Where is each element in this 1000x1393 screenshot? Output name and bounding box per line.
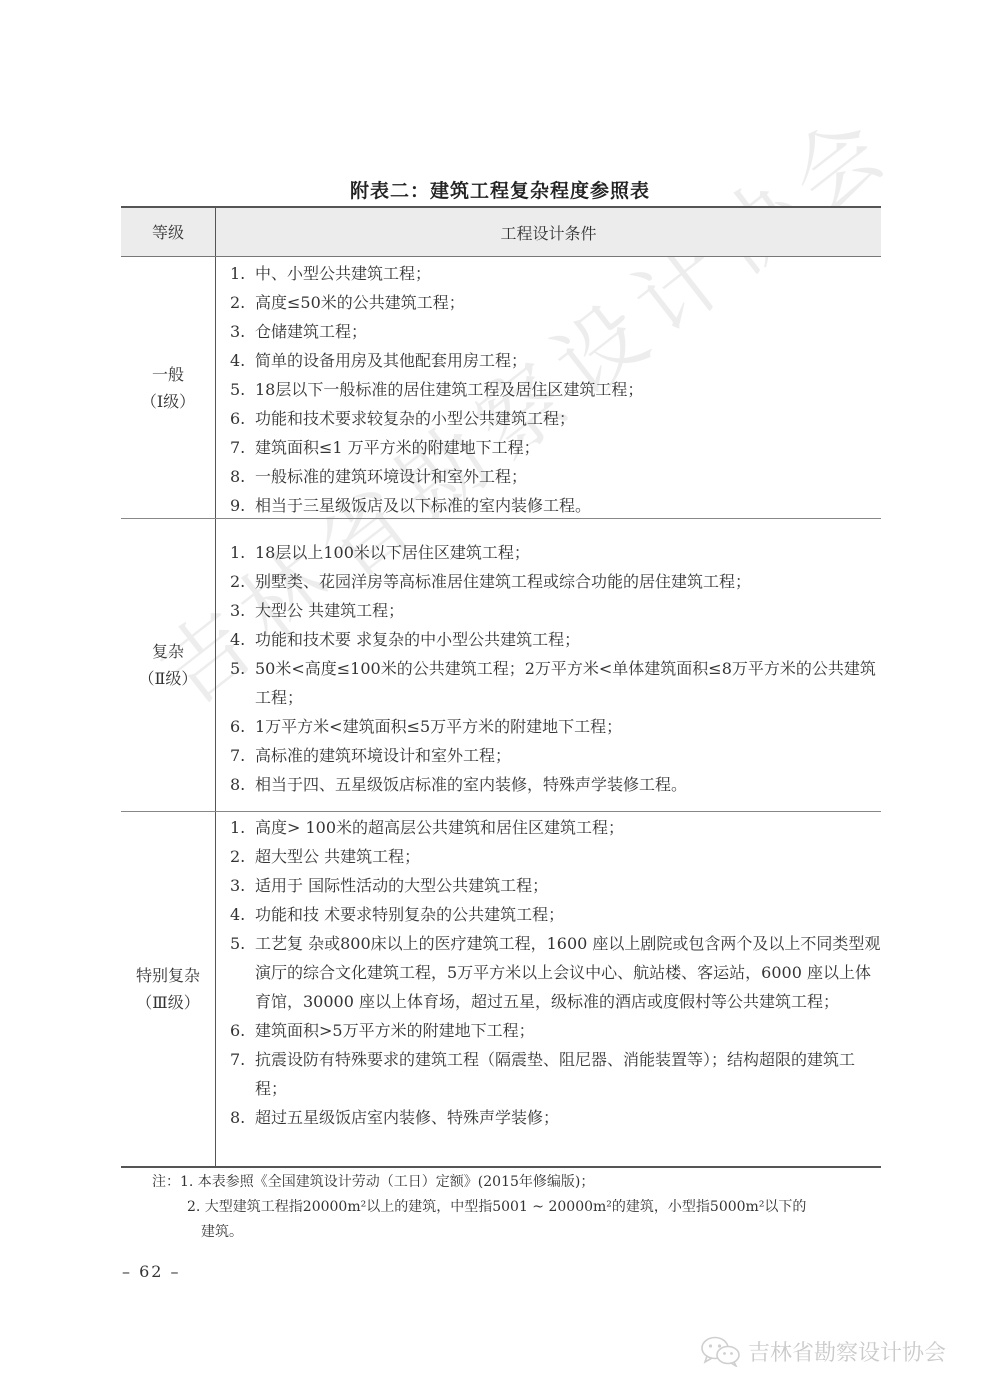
item-text: 工艺复 杂或800床以上的医疗建筑工程，1600 座以上剧院或包含两个及以上不同… xyxy=(255,934,880,1011)
level-name: 复杂 xyxy=(139,638,198,665)
item-number: 6. xyxy=(230,1016,245,1045)
note-line-1: 注：1. 本表参照《全国建筑设计劳动（工日）定额》(2015年修编版)； xyxy=(152,1170,872,1195)
condition-item: 4.功能和技 术要求特别复杂的公共建筑工程； xyxy=(230,900,881,929)
brand-footer: 吉林省勘察设计协会 xyxy=(700,1335,946,1367)
item-number: 5. xyxy=(230,929,245,958)
item-number: 3. xyxy=(230,596,245,625)
item-number: 3. xyxy=(230,871,245,900)
note-line-3: 建筑。 xyxy=(152,1220,872,1245)
item-text: 50米<高度≤100米的公共建筑工程；2万平方米<单体建筑面积≤8万平方米的公共… xyxy=(255,659,876,707)
brand-label: 吉林省勘察设计协会 xyxy=(748,1336,946,1367)
condition-item: 6.1万平方米<建筑面积≤5万平方米的附建地下工程； xyxy=(230,712,881,741)
condition-item: 1.18层以上100米以下居住区建筑工程； xyxy=(230,538,881,567)
item-number: 8. xyxy=(230,1103,245,1132)
condition-item: 8.超过五星级饭店室内装修、特殊声学装修； xyxy=(230,1103,881,1132)
item-text: 抗震设防有特殊要求的建筑工程（隔震垫、阻尼器、消能装置等）；结构超限的建筑工程； xyxy=(255,1050,855,1098)
level-grade: （Ⅲ级） xyxy=(136,989,200,1016)
item-number: 5. xyxy=(230,375,245,404)
item-text: 中、小型公共建筑工程； xyxy=(255,264,431,283)
conditions-list: 1.18层以上100米以下居住区建筑工程；2.别墅类、花园洋房等高标准居住建筑工… xyxy=(230,519,881,799)
level-cell: 一般 （Ⅰ级） xyxy=(121,257,216,518)
wechat-icon xyxy=(700,1335,742,1367)
table-row: 一般 （Ⅰ级） 1.中、小型公共建筑工程；2.高度≤50米的公共建筑工程；3.仓… xyxy=(121,257,881,519)
conditions-list: 1.高度> 100米的超高层公共建筑和居住区建筑工程；2.超大型公 共建筑工程；… xyxy=(230,812,881,1132)
item-number: 7. xyxy=(230,1045,245,1074)
item-text: 适用于 国际性活动的大型公共建筑工程； xyxy=(255,876,548,895)
page-number: – 62 – xyxy=(122,1262,181,1281)
item-text: 别墅类、花园洋房等高标准居住建筑工程或综合功能的居住建筑工程； xyxy=(255,572,751,591)
item-number: 6. xyxy=(230,404,245,433)
level-grade: （Ⅱ级） xyxy=(139,665,198,692)
condition-item: 7.高标准的建筑环境设计和室外工程； xyxy=(230,741,881,770)
conditions-cell: 1.中、小型公共建筑工程；2.高度≤50米的公共建筑工程；3.仓储建筑工程；4.… xyxy=(216,257,881,518)
item-text: 1万平方米<建筑面积≤5万平方米的附建地下工程； xyxy=(255,717,622,736)
item-text: 相当于三星级饭店及以下标准的室内装修工程。 xyxy=(255,496,591,515)
condition-item: 7.抗震设防有特殊要求的建筑工程（隔震垫、阻尼器、消能装置等）；结构超限的建筑工… xyxy=(230,1045,881,1103)
condition-item: 5.50米<高度≤100米的公共建筑工程；2万平方米<单体建筑面积≤8万平方米的… xyxy=(230,654,881,712)
condition-item: 8.相当于四、五星级饭店标准的室内装修，特殊声学装修工程。 xyxy=(230,770,881,799)
condition-item: 2.高度≤50米的公共建筑工程； xyxy=(230,288,881,317)
item-text: 一般标准的建筑环境设计和室外工程； xyxy=(255,467,527,486)
item-number: 1. xyxy=(230,538,245,567)
condition-item: 5.18层以下一般标准的居住建筑工程及居住区建筑工程； xyxy=(230,375,881,404)
condition-item: 7.建筑面积≤1 万平方米的附建地下工程； xyxy=(230,433,881,462)
item-number: 7. xyxy=(230,433,245,462)
level-name: 特别复杂 xyxy=(136,962,200,989)
condition-item: 4.简单的设备用房及其他配套用房工程； xyxy=(230,346,881,375)
item-text: 功能和技术要求较复杂的小型公共建筑工程； xyxy=(255,409,575,428)
item-number: 4. xyxy=(230,900,245,929)
condition-item: 3.大型公 共建筑工程； xyxy=(230,596,881,625)
condition-item: 2.超大型公 共建筑工程； xyxy=(230,842,881,871)
item-number: 1. xyxy=(230,813,245,842)
item-number: 8. xyxy=(230,462,245,491)
table-row: 复杂 （Ⅱ级） 1.18层以上100米以下居住区建筑工程；2.别墅类、花园洋房等… xyxy=(121,519,881,812)
condition-item: 6.功能和技术要求较复杂的小型公共建筑工程； xyxy=(230,404,881,433)
item-text: 高度≤50米的公共建筑工程； xyxy=(255,293,465,312)
condition-item: 9.相当于三星级饭店及以下标准的室内装修工程。 xyxy=(230,491,881,520)
condition-item: 1.高度> 100米的超高层公共建筑和居住区建筑工程； xyxy=(230,813,881,842)
item-text: 功能和技 术要求特别复杂的公共建筑工程； xyxy=(255,905,564,924)
table-row: 特别复杂 （Ⅲ级） 1.高度> 100米的超高层公共建筑和居住区建筑工程；2.超… xyxy=(121,812,881,1166)
conditions-list: 1.中、小型公共建筑工程；2.高度≤50米的公共建筑工程；3.仓储建筑工程；4.… xyxy=(230,257,881,520)
condition-item: 3.仓储建筑工程； xyxy=(230,317,881,346)
item-number: 3. xyxy=(230,317,245,346)
condition-item: 8.一般标准的建筑环境设计和室外工程； xyxy=(230,462,881,491)
level-name: 一般 xyxy=(141,361,195,388)
item-number: 4. xyxy=(230,346,245,375)
conditions-cell: 1.18层以上100米以下居住区建筑工程；2.别墅类、花园洋房等高标准居住建筑工… xyxy=(216,519,881,811)
item-text: 仓储建筑工程； xyxy=(255,322,367,341)
level-grade: （Ⅰ级） xyxy=(141,388,195,415)
item-number: 7. xyxy=(230,741,245,770)
item-number: 5. xyxy=(230,654,245,683)
header-level: 等级 xyxy=(121,208,216,256)
item-text: 相当于四、五星级饭店标准的室内装修，特殊声学装修工程。 xyxy=(255,775,687,794)
level-cell: 特别复杂 （Ⅲ级） xyxy=(121,812,216,1166)
condition-item: 1.中、小型公共建筑工程； xyxy=(230,259,881,288)
table-notes: 注：1. 本表参照《全国建筑设计劳动（工日）定额》(2015年修编版)； 2. … xyxy=(152,1170,872,1245)
item-text: 超大型公 共建筑工程； xyxy=(255,847,420,866)
page-title: 附表二：建筑工程复杂程度参照表 xyxy=(0,176,1000,203)
condition-item: 6.建筑面积>5万平方米的附建地下工程； xyxy=(230,1016,881,1045)
header-conditions: 工程设计条件 xyxy=(216,208,881,256)
conditions-cell: 1.高度> 100米的超高层公共建筑和居住区建筑工程；2.超大型公 共建筑工程；… xyxy=(216,812,881,1166)
table-header-row: 等级 工程设计条件 xyxy=(121,208,881,257)
item-number: 1. xyxy=(230,259,245,288)
condition-item: 5.工艺复 杂或800床以上的医疗建筑工程，1600 座以上剧院或包含两个及以上… xyxy=(230,929,881,1016)
item-number: 4. xyxy=(230,625,245,654)
level-cell: 复杂 （Ⅱ级） xyxy=(121,519,216,811)
condition-item: 2.别墅类、花园洋房等高标准居住建筑工程或综合功能的居住建筑工程； xyxy=(230,567,881,596)
item-number: 2. xyxy=(230,567,245,596)
condition-item: 4.功能和技术要 求复杂的中小型公共建筑工程； xyxy=(230,625,881,654)
note-line-2: 2. 大型建筑工程指20000m²以上的建筑，中型指5001 ~ 20000m²… xyxy=(152,1195,872,1220)
item-text: 超过五星级饭店室内装修、特殊声学装修； xyxy=(255,1108,559,1127)
item-text: 高度> 100米的超高层公共建筑和居住区建筑工程； xyxy=(255,818,624,837)
item-number: 6. xyxy=(230,712,245,741)
item-text: 建筑面积>5万平方米的附建地下工程； xyxy=(255,1021,535,1040)
item-text: 高标准的建筑环境设计和室外工程； xyxy=(255,746,511,765)
item-number: 9. xyxy=(230,491,245,520)
item-text: 大型公 共建筑工程； xyxy=(255,601,404,620)
item-text: 建筑面积≤1 万平方米的附建地下工程； xyxy=(255,438,540,457)
condition-item: 3.适用于 国际性活动的大型公共建筑工程； xyxy=(230,871,881,900)
item-text: 简单的设备用房及其他配套用房工程； xyxy=(255,351,527,370)
item-text: 18层以下一般标准的居住建筑工程及居住区建筑工程； xyxy=(255,380,643,399)
item-text: 18层以上100米以下居住区建筑工程； xyxy=(255,543,530,562)
item-number: 2. xyxy=(230,842,245,871)
item-number: 2. xyxy=(230,288,245,317)
item-number: 8. xyxy=(230,770,245,799)
item-text: 功能和技术要 求复杂的中小型公共建筑工程； xyxy=(255,630,580,649)
complexity-table: 等级 工程设计条件 一般 （Ⅰ级） 1.中、小型公共建筑工程；2.高度≤50米的… xyxy=(121,206,881,1168)
